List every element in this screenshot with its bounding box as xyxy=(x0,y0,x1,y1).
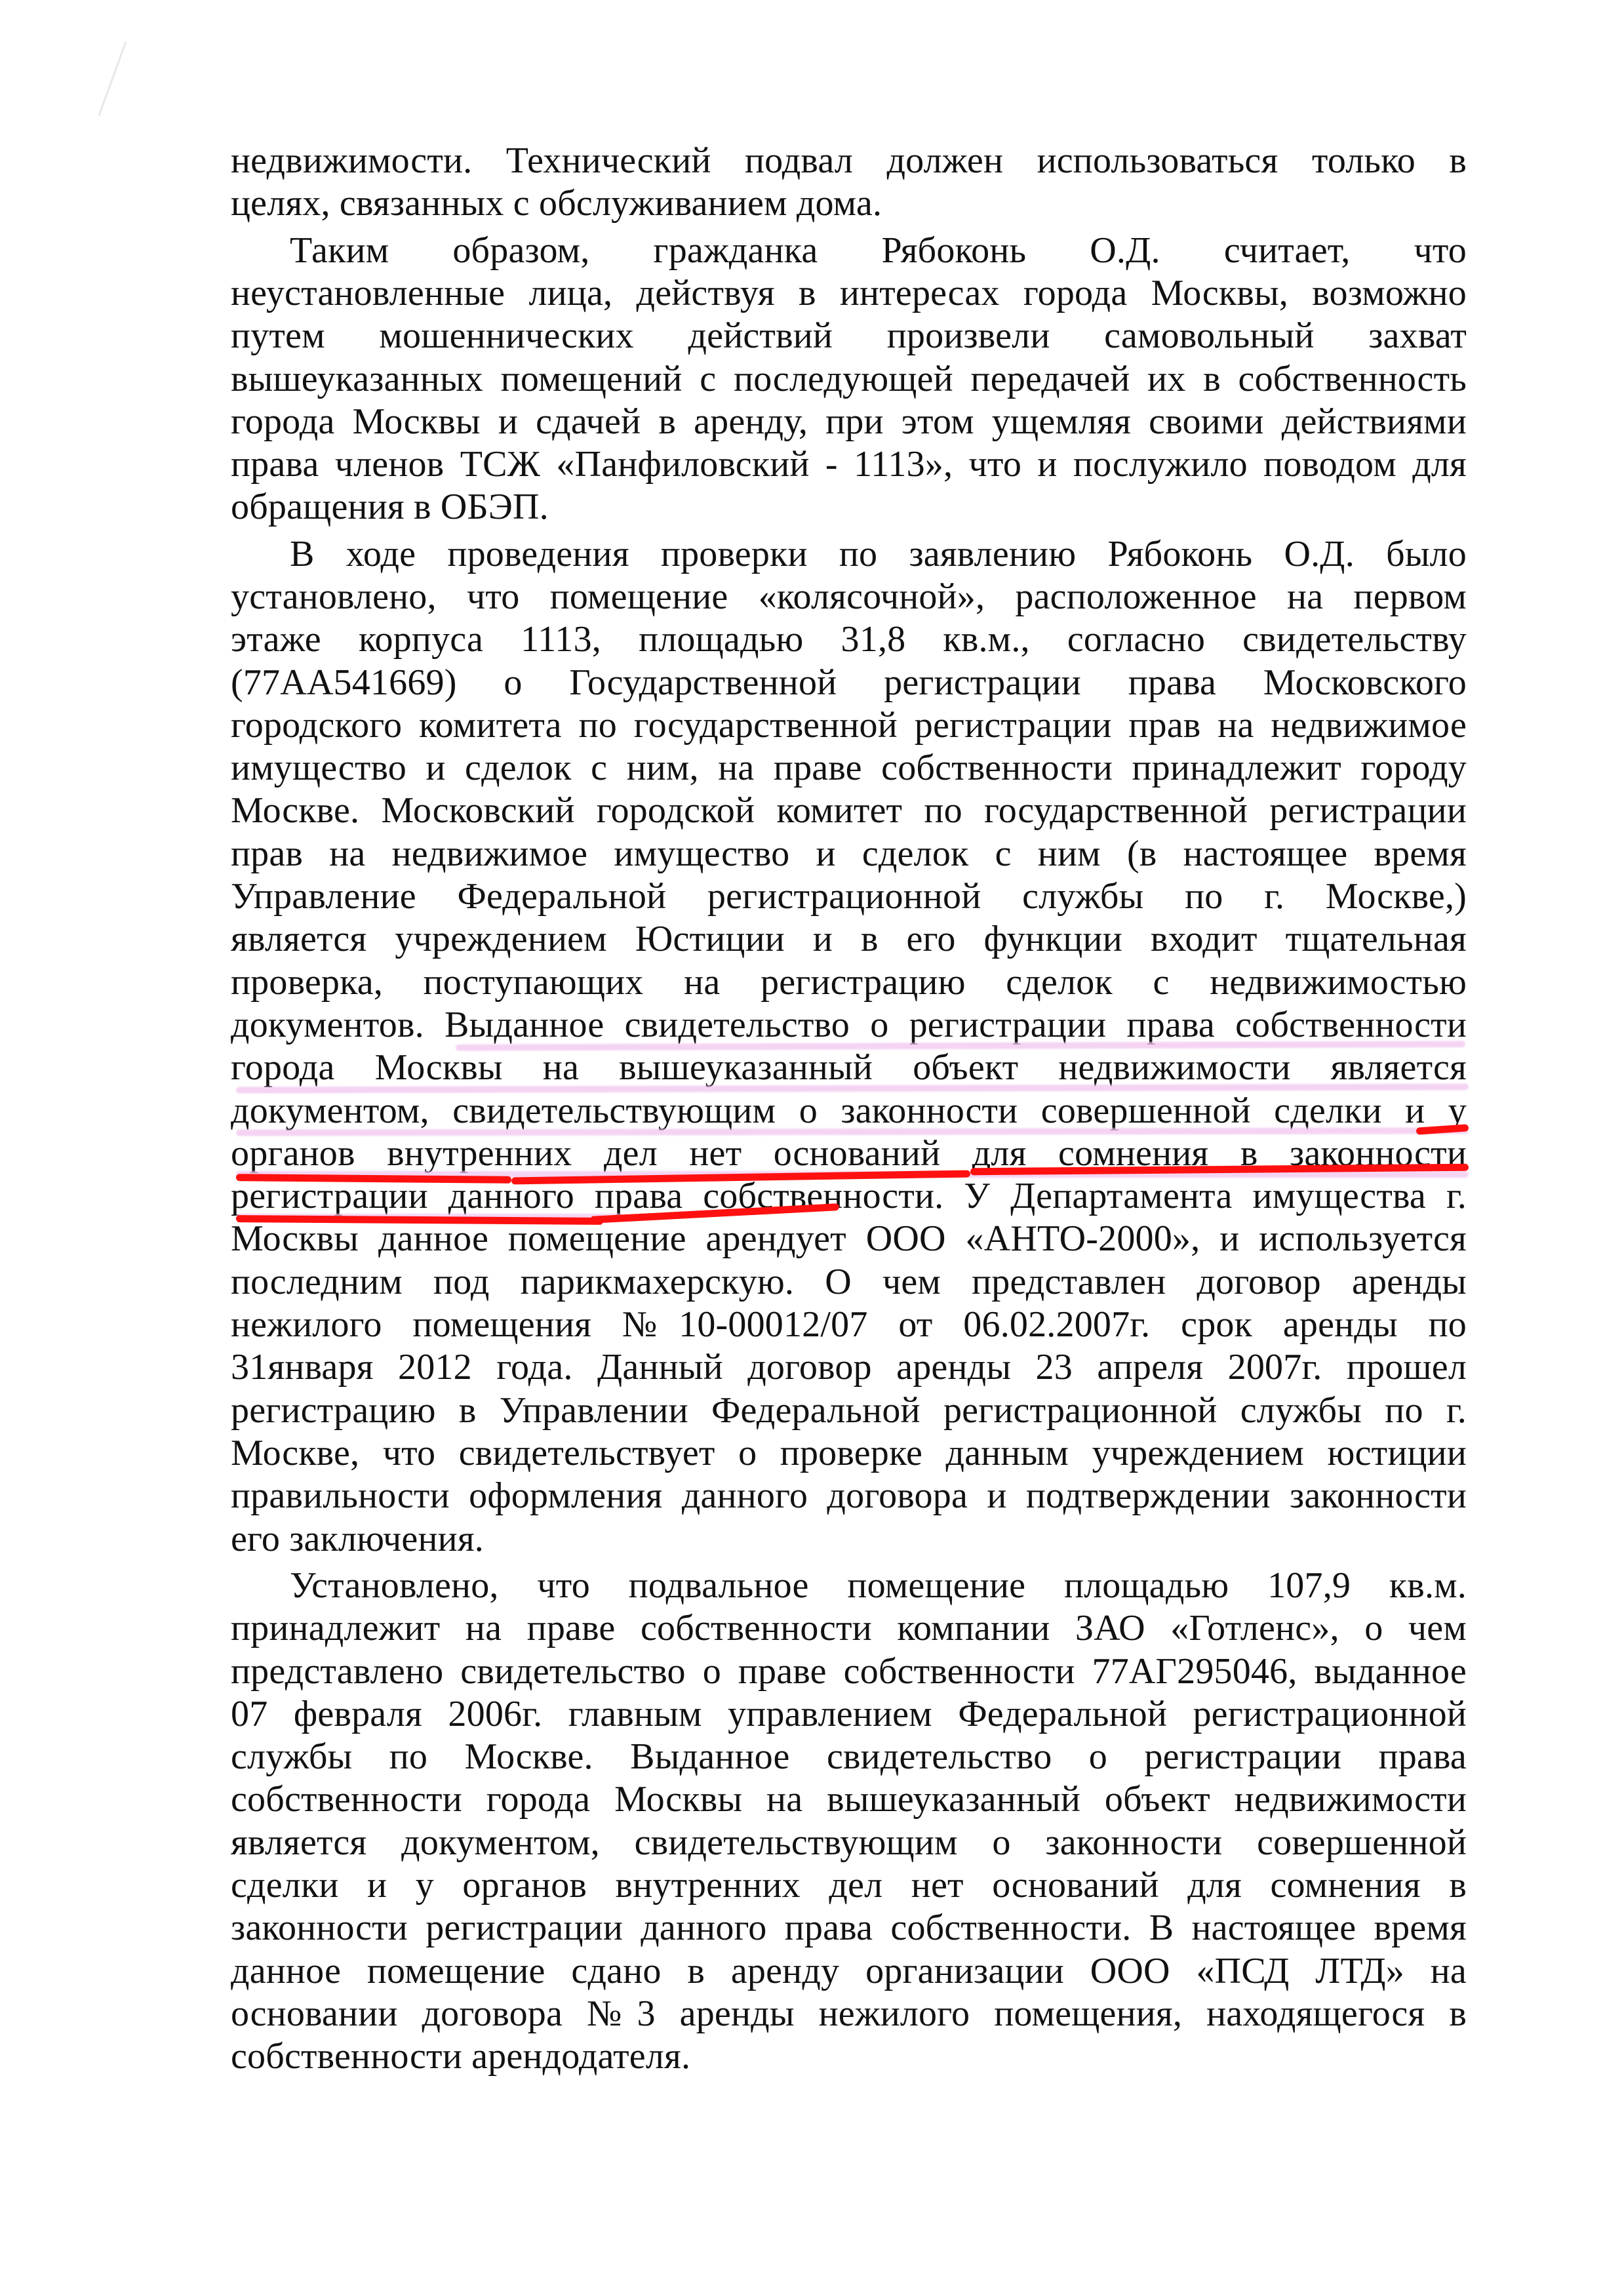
text-line: документов. Выданное свидетельство о рег… xyxy=(231,1003,1467,1047)
text-line: регистрацию в Управлении Федеральной рег… xyxy=(231,1389,1467,1432)
text-line: 31января 2012 года. Данный договор аренд… xyxy=(231,1346,1467,1389)
text-line: представлено свидетельство о праве собст… xyxy=(231,1650,1467,1693)
document-page: недвижимости. Технический подвал должен … xyxy=(0,0,1624,2295)
text-line: прав на недвижимое имущество и сделок с … xyxy=(231,832,1467,875)
text-line: регистрации данного права собственности.… xyxy=(231,1174,1467,1218)
text-line: законности регистрации данного права соб… xyxy=(231,1906,1467,1949)
text-line: вышеуказанных помещений с последующей пе… xyxy=(231,357,1467,401)
text-line: является учреждением Юстиции и в его фун… xyxy=(231,917,1467,961)
text-line: его заключения. xyxy=(231,1517,1467,1561)
text-line: установлено, что помещение «колясочной»,… xyxy=(231,575,1467,618)
text-line: 07 февраля 2006г. главным управлением Фе… xyxy=(231,1692,1467,1736)
text-line: последним под парикмахерскую. О чем пред… xyxy=(231,1260,1467,1304)
text-line: сделки и у органов внутренних дел нет ос… xyxy=(231,1864,1467,1907)
text-line: основании договора №3 аренды нежилого по… xyxy=(231,1992,1467,2035)
text-line: собственности арендодателя. xyxy=(231,2035,1467,2078)
text-line: органов внутренних дел нет оснований для… xyxy=(231,1132,1467,1175)
text-line: целях, связанных с обслуживанием дома. xyxy=(231,182,1467,225)
text-line: собственности города Москвы на вышеуказа… xyxy=(231,1778,1467,1821)
text-line: путем мошеннических действий произвели с… xyxy=(231,314,1467,357)
text-line: Таким образом, гражданка Рябоконь О.Д. с… xyxy=(231,229,1467,272)
text-line: (77АА541669) о Государственной регистрац… xyxy=(231,661,1467,704)
text-line: Установлено, что подвальное помещение пл… xyxy=(231,1564,1467,1607)
text-line: обращения в ОБЭП. xyxy=(231,485,1467,529)
text-line: недвижимости. Технический подвал должен … xyxy=(231,139,1467,182)
text-line: неустановленные лица, действуя в интерес… xyxy=(231,271,1467,315)
text-line: города Москвы на вышеуказанный объект не… xyxy=(231,1046,1467,1089)
text-line: правильности оформления данного договора… xyxy=(231,1474,1467,1517)
text-line: нежилого помещения №10-00012/07 от 06.02… xyxy=(231,1303,1467,1346)
text-line: документом, свидетельствующим о законнос… xyxy=(231,1089,1467,1132)
text-line: права членов ТСЖ «Панфиловский - 1113», … xyxy=(231,443,1467,486)
scan-artifact xyxy=(98,41,127,116)
text-line: Управление Федеральной регистрационной с… xyxy=(231,875,1467,918)
text-line: Москвы данное помещение арендует ООО «АН… xyxy=(231,1217,1467,1260)
text-line: проверка, поступающих на регистрацию сде… xyxy=(231,961,1467,1004)
text-line: имущество и сделок с ним, на праве собст… xyxy=(231,746,1467,789)
text-line: этаже корпуса 1113, площадью 31,8 кв.м.,… xyxy=(231,618,1467,661)
text-line: городского комитета по государственной р… xyxy=(231,704,1467,747)
text-line: Москве, что свидетельствует о проверке д… xyxy=(231,1431,1467,1475)
text-line: данное помещение сдано в аренду организа… xyxy=(231,1949,1467,1993)
text-line: города Москвы и сдачей в аренду, при это… xyxy=(231,400,1467,443)
text-line: В ходе проведения проверки по заявлению … xyxy=(231,532,1467,576)
text-line: Москве. Московский городской комитет по … xyxy=(231,789,1467,832)
text-line: является документом, свидетельствующим о… xyxy=(231,1821,1467,1864)
text-line: службы по Москве. Выданное свидетельство… xyxy=(231,1735,1467,1778)
text-line: принадлежит на праве собственности компа… xyxy=(231,1606,1467,1650)
